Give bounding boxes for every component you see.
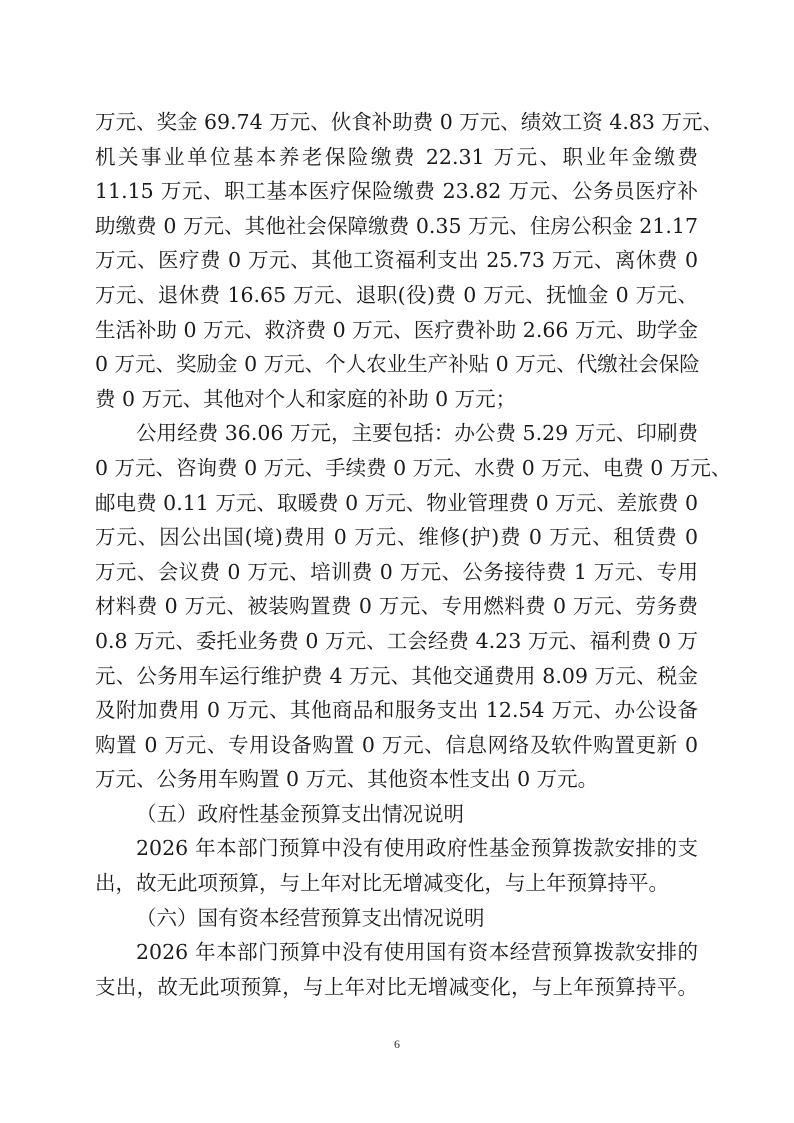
text-line: 公用经费 36.06 万元，主要包括：办公费 5.29 万元、印刷费	[95, 416, 698, 451]
text-line: 邮电费 0.11 万元、取暖费 0 万元、物业管理费 0 万元、差旅费 0	[95, 486, 698, 521]
text-line: 万元、医疗费 0 万元、其他工资福利支出 25.73 万元、离休费 0	[95, 243, 698, 278]
text-line: 2026 年本部门预算中没有使用国有资本经营预算拨款安排的	[95, 935, 698, 970]
text-line: 0 万元、咨询费 0 万元、手续费 0 万元、水费 0 万元、电费 0 万元、	[95, 451, 698, 486]
text-line: 万元、会议费 0 万元、培训费 0 万元、公务接待费 1 万元、专用	[95, 555, 698, 590]
text-line: 费 0 万元、其他对个人和家庭的补助 0 万元；	[95, 382, 698, 417]
text-line: 支出，故无此项预算，与上年对比无增减变化，与上年预算持平。	[95, 970, 698, 1005]
text-line: 11.15 万元、职工基本医疗保险缴费 23.82 万元、公务员医疗补	[95, 174, 698, 209]
text-line: 2026 年本部门预算中没有使用政府性基金预算拨款安排的支	[95, 831, 698, 866]
text-line: 万元、公务用车购置 0 万元、其他资本性支出 0 万元。	[95, 762, 698, 797]
text-line: 生活补助 0 万元、救济费 0 万元、医疗费补助 2.66 万元、助学金	[95, 313, 698, 348]
text-line: 机关事业单位基本养老保险缴费 22.31 万元、职业年金缴费	[95, 140, 698, 175]
text-line: 万元、退休费 16.65 万元、退职(役)费 0 万元、抚恤金 0 万元、	[95, 278, 698, 313]
text-line: 0 万元、奖励金 0 万元、个人农业生产补贴 0 万元、代缴社会保险	[95, 347, 698, 382]
paragraph-personnel-expenses: 万元、奖金 69.74 万元、伙食补助费 0 万元、绩效工资 4.83 万元、 …	[95, 105, 698, 416]
paragraph-state-capital: 2026 年本部门预算中没有使用国有资本经营预算拨款安排的 支出，故无此项预算，…	[95, 935, 698, 1004]
text-line: 材料费 0 万元、被装购置费 0 万元、专用燃料费 0 万元、劳务费	[95, 589, 698, 624]
text-line: 万元、因公出国(境)费用 0 万元、维修(护)费 0 万元、租赁费 0	[95, 520, 698, 555]
page-number: 6	[0, 1037, 794, 1052]
text-line: 元、公务用车运行维护费 4 万元、其他交通费用 8.09 万元、税金	[95, 659, 698, 694]
document-page: 万元、奖金 69.74 万元、伙食补助费 0 万元、绩效工资 4.83 万元、 …	[95, 105, 698, 1004]
text-line: 购置 0 万元、专用设备购置 0 万元、信息网络及软件购置更新 0	[95, 728, 698, 763]
text-line: 及附加费用 0 万元、其他商品和服务支出 12.54 万元、办公设备	[95, 693, 698, 728]
text-line: 出，故无此项预算，与上年对比无增减变化，与上年预算持平。	[95, 866, 698, 901]
section-heading-state-capital: （六）国有资本经营预算支出情况说明	[95, 901, 698, 936]
paragraph-public-expenses: 公用经费 36.06 万元，主要包括：办公费 5.29 万元、印刷费 0 万元、…	[95, 416, 698, 797]
section-heading-government-fund: （五）政府性基金预算支出情况说明	[95, 797, 698, 832]
text-line: 助缴费 0 万元、其他社会保障缴费 0.35 万元、住房公积金 21.17	[95, 209, 698, 244]
text-line: 0.8 万元、委托业务费 0 万元、工会经费 4.23 万元、福利费 0 万	[95, 624, 698, 659]
text-line: 万元、奖金 69.74 万元、伙食补助费 0 万元、绩效工资 4.83 万元、	[95, 105, 698, 140]
paragraph-government-fund: 2026 年本部门预算中没有使用政府性基金预算拨款安排的支 出，故无此项预算，与…	[95, 831, 698, 900]
